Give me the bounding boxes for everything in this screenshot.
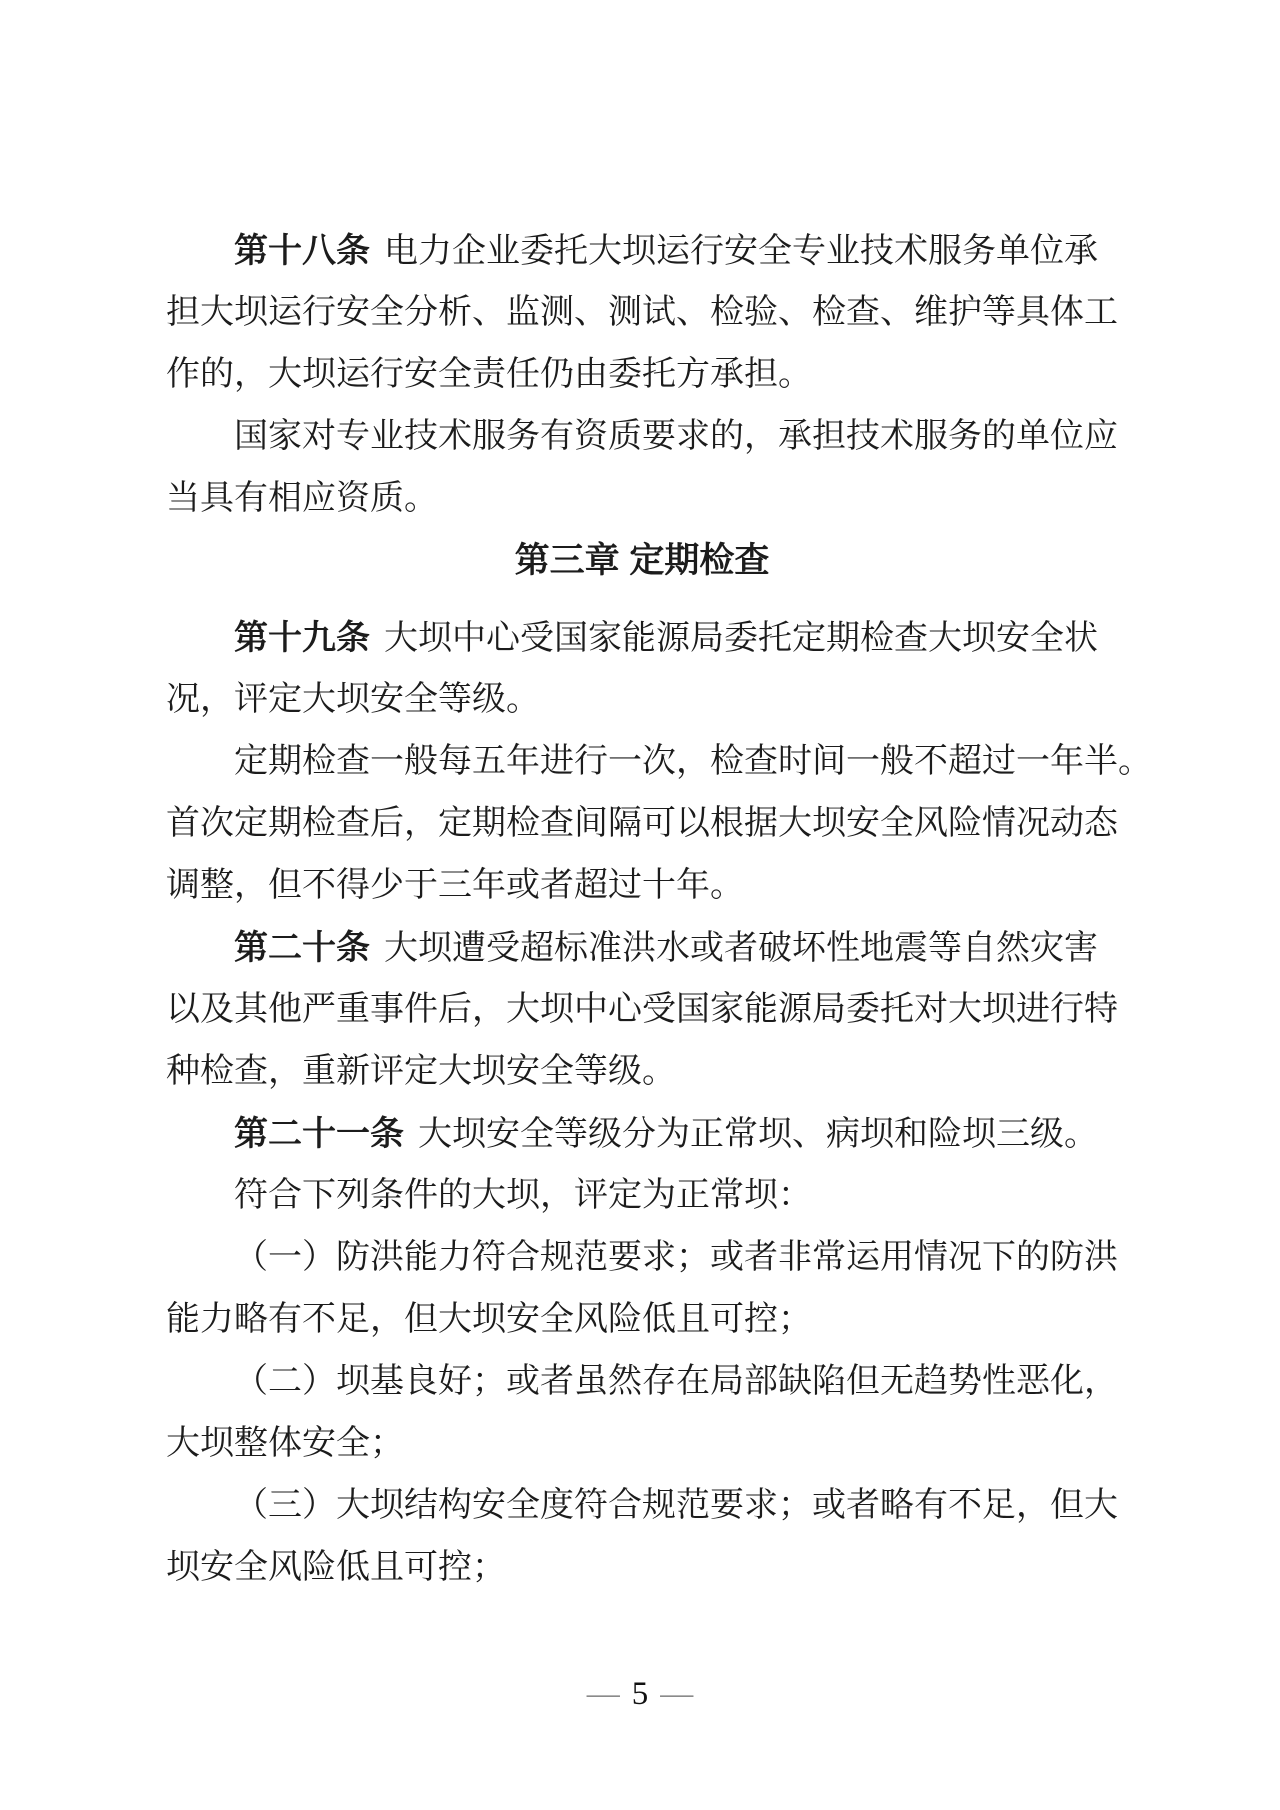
text-line: 作的，大坝运行安全责任仍由委托方承担。 [166, 344, 1118, 406]
line-text: 况，评定大坝安全等级。 [166, 681, 540, 718]
page-number: 5 [632, 1676, 649, 1712]
line-text: 大坝遭受超标准洪水或者破坏性地震等自然灾害 [384, 930, 1098, 967]
text-line: 坝安全风险低且可控； [166, 1537, 1118, 1599]
line-text: 大坝安全等级分为正常坝、病坝和险坝三级。 [418, 1116, 1098, 1153]
article-number-bold: 第二十条 [234, 929, 370, 967]
line-text: 首次定期检查后，定期检查间隔可以根据大坝安全风险情况动态 [166, 805, 1118, 842]
line-text: 能力略有不足，但大坝安全风险低且可控； [166, 1301, 812, 1338]
text-line: 第二十一条大坝安全等级分为正常坝、病坝和险坝三级。 [166, 1103, 1118, 1165]
line-text: （三）大坝结构安全度符合规范要求；或者略有不足，但大 [234, 1487, 1118, 1524]
chapter-heading: 第三章 定期检查 [166, 530, 1118, 592]
text-line: 国家对专业技术服务有资质要求的，承担技术服务的单位应 [166, 406, 1118, 468]
line-text: （一）防洪能力符合规范要求；或者非常运用情况下的防洪 [234, 1239, 1118, 1276]
page-footer: —5— [0, 1676, 1280, 1712]
line-text: 第三章 定期检查 [515, 541, 770, 580]
text-line: 况，评定大坝安全等级。 [166, 669, 1118, 731]
line-text: 坝安全风险低且可控； [166, 1549, 506, 1586]
line-text: 调整，但不得少于三年或者超过十年。 [166, 867, 744, 904]
article-number-bold: 第十九条 [234, 619, 370, 657]
text-line: 大坝整体安全； [166, 1413, 1118, 1475]
text-line: 以及其他严重事件后，大坝中心受国家能源局委托对大坝进行特 [166, 979, 1118, 1041]
text-line: 能力略有不足，但大坝安全风险低且可控； [166, 1289, 1118, 1351]
text-line: （一）防洪能力符合规范要求；或者非常运用情况下的防洪 [166, 1227, 1118, 1289]
line-text: 国家对专业技术服务有资质要求的，承担技术服务的单位应 [234, 418, 1118, 455]
text-line: 定期检查一般每五年进行一次，检查时间一般不超过一年半。 [166, 731, 1118, 793]
text-line: 第十九条大坝中心受国家能源局委托定期检查大坝安全状 [166, 607, 1118, 669]
text-line: 调整，但不得少于三年或者超过十年。 [166, 855, 1118, 917]
footer-dash-right: — [660, 1676, 693, 1712]
text-line: 首次定期检查后，定期检查间隔可以根据大坝安全风险情况动态 [166, 793, 1118, 855]
text-line: 符合下列条件的大坝，评定为正常坝： [166, 1165, 1118, 1227]
line-text: 电力企业委托大坝运行安全专业技术服务单位承 [384, 233, 1098, 270]
line-text: 当具有相应资质。 [166, 480, 438, 517]
line-text: 种检查，重新评定大坝安全等级。 [166, 1053, 676, 1090]
line-text: 大坝整体安全； [166, 1425, 404, 1462]
footer-dash-left: — [587, 1676, 620, 1712]
text-line: 当具有相应资质。 [166, 468, 1118, 530]
line-text: 大坝中心受国家能源局委托定期检查大坝安全状 [384, 620, 1098, 657]
text-line: 种检查，重新评定大坝安全等级。 [166, 1041, 1118, 1103]
line-text: 定期检查一般每五年进行一次，检查时间一般不超过一年半。 [234, 743, 1152, 780]
line-text: 符合下列条件的大坝，评定为正常坝： [234, 1177, 812, 1214]
text-line: 第二十条大坝遭受超标准洪水或者破坏性地震等自然灾害 [166, 917, 1118, 979]
text-line: （三）大坝结构安全度符合规范要求；或者略有不足，但大 [166, 1475, 1118, 1537]
text-line: 第十八条电力企业委托大坝运行安全专业技术服务单位承 [166, 220, 1118, 282]
article-number-bold: 第十八条 [234, 232, 370, 270]
line-text: 担大坝运行安全分析、监测、测试、检验、检查、维护等具体工 [166, 294, 1118, 331]
document-content: 第十八条电力企业委托大坝运行安全专业技术服务单位承担大坝运行安全分析、监测、测试… [166, 220, 1118, 1599]
text-line: 担大坝运行安全分析、监测、测试、检验、检查、维护等具体工 [166, 282, 1118, 344]
text-line: （二）坝基良好；或者虽然存在局部缺陷但无趋势性恶化， [166, 1351, 1118, 1413]
line-text: 作的，大坝运行安全责任仍由委托方承担。 [166, 356, 812, 393]
line-text: （二）坝基良好；或者虽然存在局部缺陷但无趋势性恶化， [234, 1363, 1118, 1400]
article-number-bold: 第二十一条 [234, 1115, 404, 1153]
line-text: 以及其他严重事件后，大坝中心受国家能源局委托对大坝进行特 [166, 991, 1118, 1028]
document-page: 第十八条电力企业委托大坝运行安全专业技术服务单位承担大坝运行安全分析、监测、测试… [0, 0, 1280, 1810]
